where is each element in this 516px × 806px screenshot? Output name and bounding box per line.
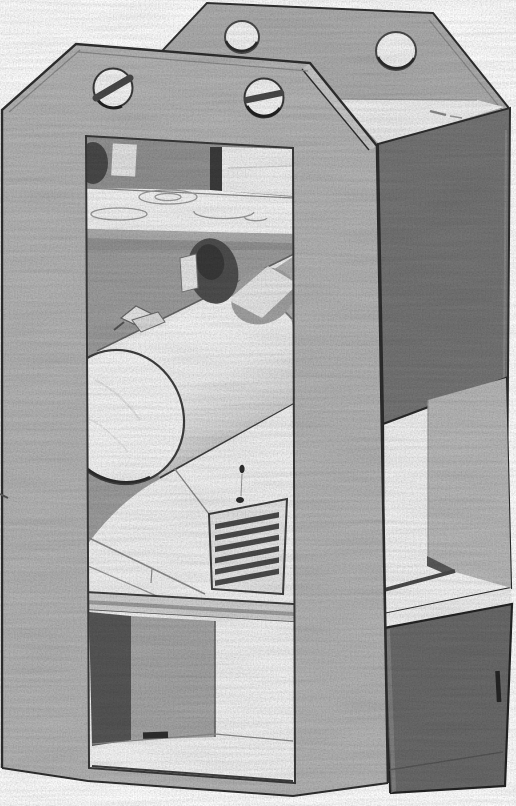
- streak-overlay: [0, 0, 516, 806]
- scanned-figure: [0, 0, 516, 806]
- machine-illustration: [0, 0, 516, 806]
